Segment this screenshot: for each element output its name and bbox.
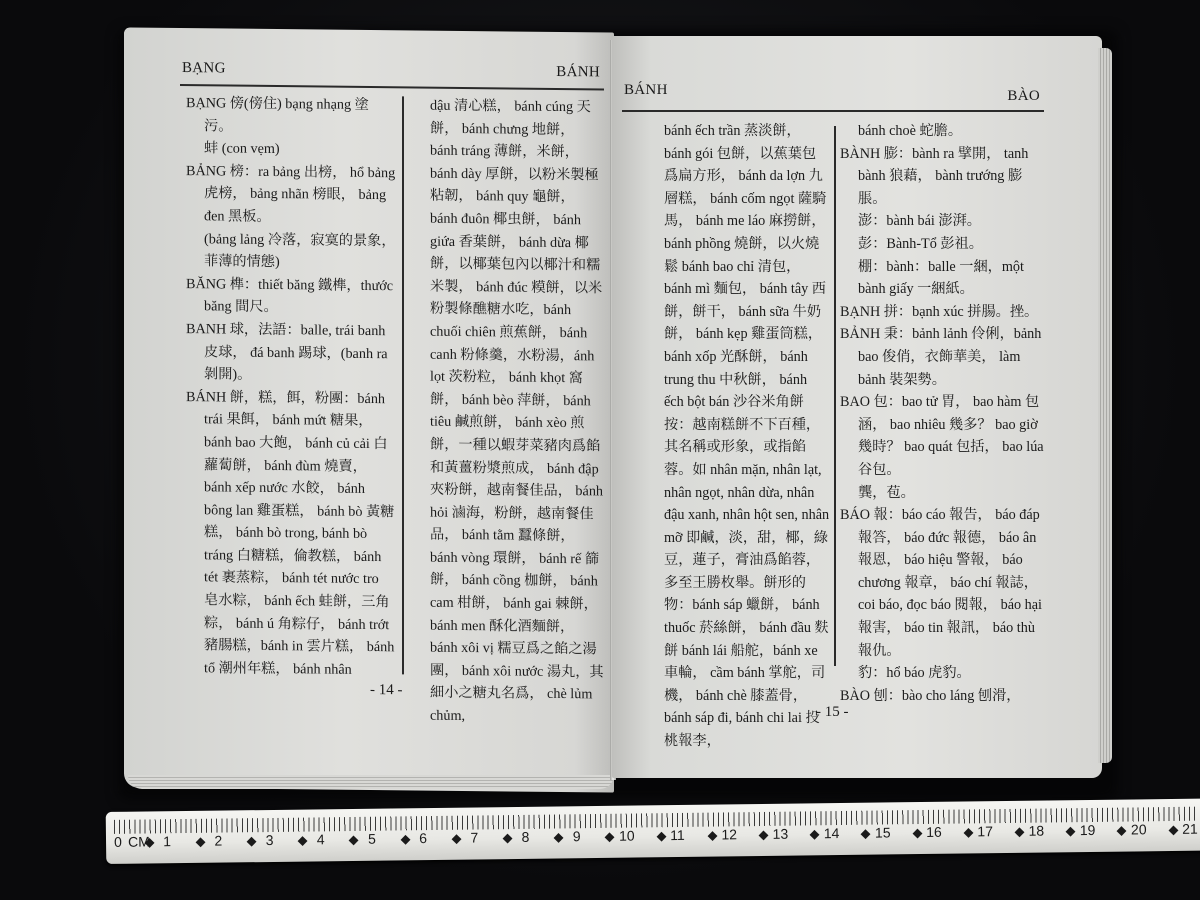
ruler-diamond-marker: [759, 831, 769, 841]
running-head-right: BÁNH: [556, 64, 600, 81]
dictionary-entry: BANH 球，法語：balle, trái banh 皮球， đá banh 踢…: [186, 318, 396, 388]
column-rule: [834, 126, 836, 666]
dictionary-subentry: 豹：hổ báo 虎豹。: [840, 662, 1044, 685]
ruler-diamond-marker: [1066, 827, 1076, 837]
ruler-diamond-marker: [1117, 826, 1127, 836]
left-page: BẠNG BÁNH BẠNG 傍(傍住) bạng nhạng 塗污。蚌 (co…: [124, 27, 614, 792]
dictionary-subentry: (bảng lảng 冷落，寂寞的景象，菲薄的情態): [186, 228, 396, 275]
page-number-15: - 15 -: [816, 704, 849, 721]
ruler-number: 20: [1131, 821, 1147, 837]
running-head-right: BÀO: [1007, 88, 1040, 105]
ruler-number: 18: [1028, 823, 1044, 839]
ruler-number: 1: [163, 833, 171, 849]
ruler-diamond-marker: [605, 832, 615, 842]
dictionary-subentry: bánh choè 蛇膽。: [840, 120, 1044, 143]
ruler-number: 16: [926, 824, 942, 840]
ruler-diamond-marker: [503, 834, 513, 844]
ruler-number: 0: [114, 834, 122, 850]
ruler-diamond-marker: [400, 835, 410, 845]
ruler-diamond-marker: [195, 837, 205, 847]
dictionary-entry: BÀNH 膨：bành ra 擘開， tanh bành 狼藉， bành tr…: [840, 143, 1044, 211]
ruler-diamond-marker: [810, 830, 820, 840]
dictionary-subentry: 彭：Bành-Tổ 彭祖。: [840, 233, 1044, 256]
dictionary-subentry: 蚌 (con vẹm): [186, 137, 396, 162]
ruler-number: 15: [875, 824, 891, 840]
dictionary-entry: BẢNH 秉：bảnh lảnh 伶俐，bảnh bao 俊俏，衣飾華美， là…: [840, 323, 1044, 391]
ruler-diamond-marker: [707, 831, 717, 841]
dictionary-entry: BÀO 刨：bào cho láng 刨滑，: [840, 685, 1044, 708]
dictionary-entry: BÁNH 餅，糕，餌，粉團：bánh trái 果餌， bánh mứt 糖果，…: [186, 386, 396, 682]
ruler-number: 8: [522, 829, 530, 845]
ruler-diamond-marker: [298, 836, 308, 846]
page-stack-bottom: [128, 775, 614, 789]
ruler-number: 9: [573, 828, 581, 844]
ruler-number: 19: [1080, 822, 1096, 838]
dictionary-subentry: bánh ếch trần 蒸淡餅， bánh gói 包餅，以蕉葉包爲扁方形，…: [646, 120, 830, 753]
right-page-column-2: bánh choè 蛇膽。BÀNH 膨：bành ra 擘開， tanh bàn…: [840, 120, 1044, 707]
running-head-left: BẠNG: [182, 60, 226, 77]
dictionary-entry: BĂNG 榫：thiết băng 鐵榫，thước băng 間尺。: [186, 273, 396, 320]
header-rule: [180, 84, 604, 90]
ruler-number: 12: [721, 826, 737, 842]
ruler-number: 11: [670, 827, 685, 843]
ruler-diamond-marker: [554, 833, 564, 843]
dictionary-subentry: 棚：bành：balle 一綑，một bành giấy 一綑紙。: [840, 256, 1044, 301]
ruler-diamond-marker: [349, 836, 359, 846]
dictionary-entry: BAO 包：bao tử 胃， bao hàm 包涵， bao nhiêu 幾多…: [840, 391, 1044, 481]
ruler-number: 7: [470, 829, 478, 845]
left-page-column-1: BẠNG 傍(傍住) bạng nhạng 塗污。蚌 (con vẹm)BẢNG…: [186, 92, 396, 682]
ruler-diamond-marker: [247, 837, 257, 847]
ruler-number: 5: [368, 831, 376, 847]
right-page-column-1: bánh ếch trần 蒸淡餅， bánh gói 包餅，以蕉葉包爲扁方形，…: [646, 120, 830, 753]
ruler-number: 21: [1182, 821, 1198, 837]
ruler-diamond-marker: [1015, 827, 1025, 837]
dictionary-subentry: 澎：bành bái 澎湃。: [840, 210, 1044, 233]
ruler-number: 17: [977, 823, 993, 839]
running-head-left: BÁNH: [624, 82, 668, 99]
dictionary-entry: BẠNH 拼：bạnh xúc 拼腸。挫。: [840, 301, 1044, 324]
dictionary-entry: BẠNG 傍(傍住) bạng nhạng 塗污。: [186, 92, 396, 139]
dictionary-subentry: dậu 清心糕， bánh cúng 天餅， bánh chưng 地餅， bá…: [412, 94, 604, 729]
ruler-number: 13: [772, 826, 788, 842]
page-number-14: - 14 -: [370, 682, 403, 699]
ruler-number: 14: [824, 825, 840, 841]
header-rule: [622, 110, 1044, 112]
ruler-diamond-marker: [1168, 826, 1178, 836]
right-page: BÁNH BÀO bánh ếch trần 蒸淡餅， bánh gói 包餅，…: [612, 36, 1102, 778]
ruler-number: 10: [619, 828, 635, 844]
ruler-number: 2: [214, 833, 222, 849]
ruler-diamond-marker: [656, 832, 666, 842]
page-stack-edge: [1098, 48, 1112, 763]
left-page-column-2: dậu 清心糕， bánh cúng 天餅， bánh chưng 地餅， bá…: [412, 94, 604, 729]
ruler-diamond-marker: [861, 829, 871, 839]
dictionary-subentry: 龔，苞。: [840, 482, 1044, 505]
ruler-number: 3: [266, 832, 274, 848]
dictionary-entry: BẢNG 榜：ra bảng 出榜， hổ bảng 虎榜， bảng nhãn…: [186, 160, 396, 230]
ruler-diamond-marker: [451, 834, 461, 844]
ruler-diamond-marker: [963, 828, 973, 838]
dictionary-entry: BÁO 報：báo cáo 報告， báo đáp 報答， báo đức 報德…: [840, 504, 1044, 662]
column-rule: [402, 96, 404, 674]
ruler-diamond-marker: [912, 829, 922, 839]
ruler-number: 4: [317, 831, 325, 847]
ruler-number: 6: [419, 830, 427, 846]
